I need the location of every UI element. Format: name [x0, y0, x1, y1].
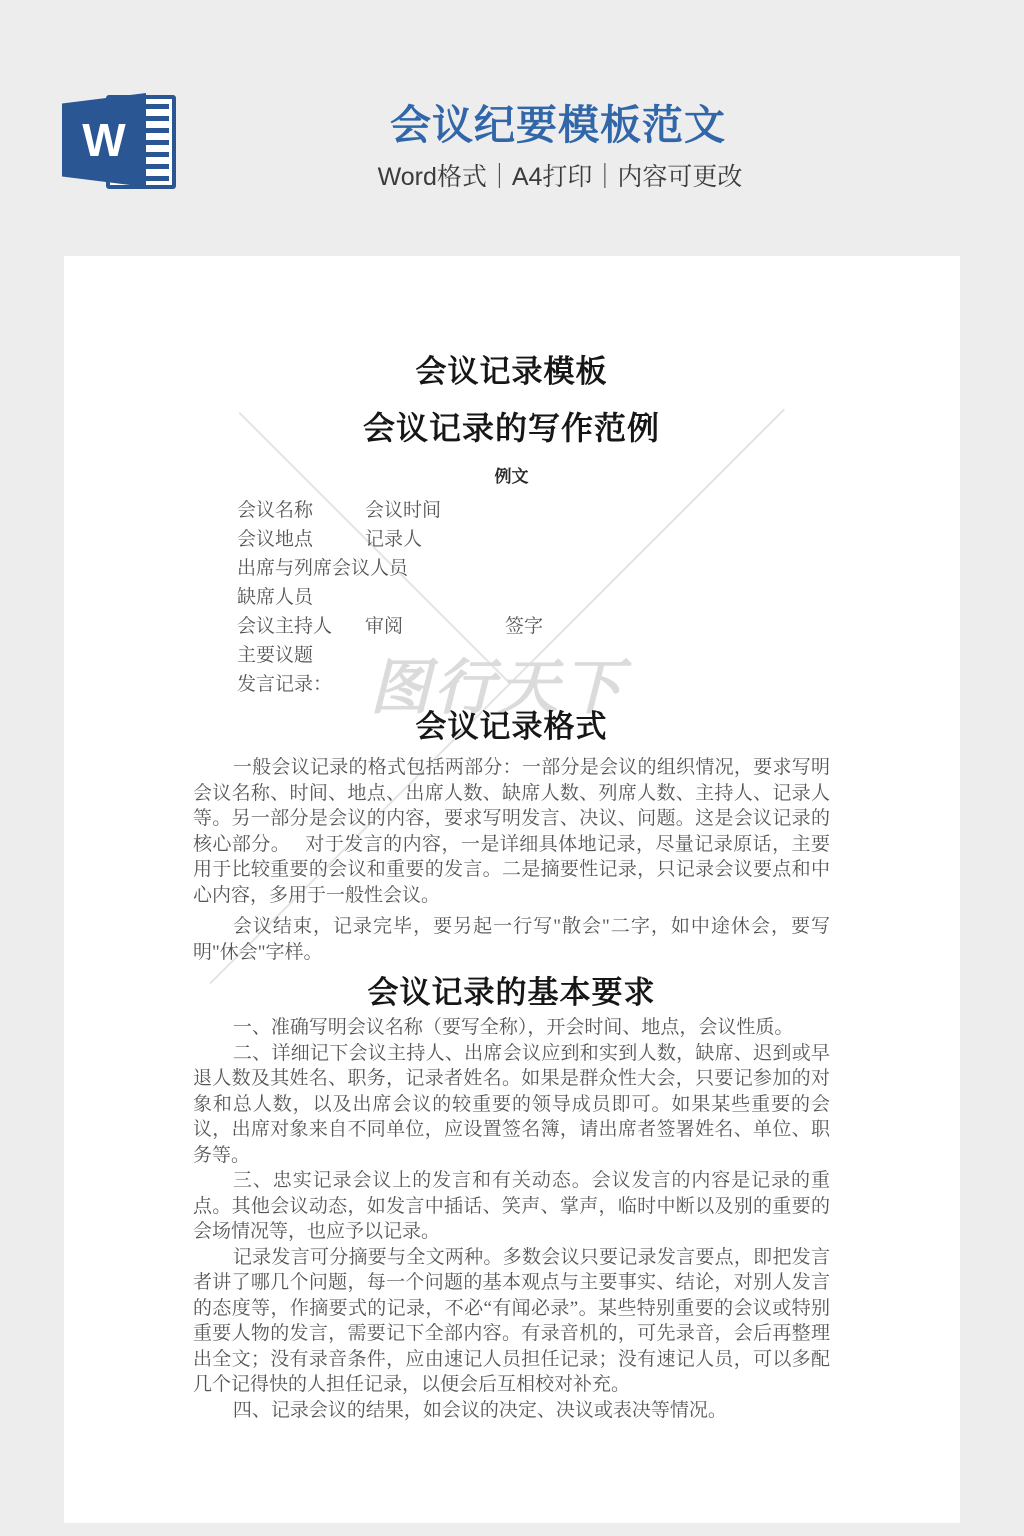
- form-label: 会议主持人: [237, 614, 332, 640]
- document-title: 会议记录模板: [193, 352, 830, 392]
- form-label: 会议地点: [237, 527, 313, 553]
- page-subtitle: Word格式｜A4打印｜内容可更改: [378, 157, 743, 193]
- paragraph: 四、记录会议的结果，如会议的决定、决议或表决等情况。: [193, 1398, 830, 1424]
- form-row: 出席与列席会议人员: [193, 554, 830, 583]
- word-icon-letter: W: [82, 117, 125, 163]
- form-row: 缺席人员: [193, 583, 830, 612]
- app-header: W 会议纪要模板范文 Word格式｜A4打印｜内容可更改: [0, 0, 1024, 256]
- meeting-form: 会议名称 会议时间 会议地点 记录人 出席与列席会议人员 缺席人员 会议主持人: [193, 496, 830, 699]
- paragraph: 记录发言可分摘要与全文两种。多数会议只要记录发言要点，即把发言者讲了哪几个问题，…: [193, 1245, 830, 1398]
- section-heading-format: 会议记录格式: [193, 705, 830, 749]
- paragraph: 二、详细记下会议主持人、出席会议应到和实到人数，缺席、迟到或早退人数及其姓名、职…: [193, 1041, 830, 1169]
- example-caption: 例文: [193, 466, 830, 488]
- word-icon-panel: W: [62, 92, 146, 188]
- form-label: 出席与列席会议人员: [237, 556, 408, 582]
- form-row: 主要议题: [193, 641, 830, 670]
- document-content: 会议记录模板 会议记录的写作范例 例文 会议名称 会议时间 会议地点 记录人 出…: [193, 256, 830, 1423]
- form-row: 会议地点 记录人: [193, 525, 830, 554]
- form-label: 发言记录：: [237, 672, 332, 698]
- paragraph: 一般会议记录的格式包括两部分：一部分是会议的组织情况，要求写明会议名称、时间、地…: [193, 755, 830, 908]
- form-label: 签字: [505, 614, 543, 640]
- form-row: 会议名称 会议时间: [193, 496, 830, 525]
- paragraph: 一、准确写明会议名称（要写全称），开会时间、地点，会议性质。: [193, 1015, 830, 1041]
- form-label: 会议名称: [237, 498, 313, 524]
- form-label: 审阅: [365, 614, 403, 640]
- word-file-icon: W: [62, 92, 178, 188]
- form-label: 记录人: [365, 527, 422, 553]
- section-heading-requirements: 会议记录的基本要求: [193, 971, 830, 1015]
- form-label: 主要议题: [237, 643, 313, 669]
- form-row: 发言记录：: [193, 670, 830, 699]
- form-row: 会议主持人 审阅 签字: [193, 612, 830, 641]
- paragraph: 三、忠实记录会议上的发言和有关动态。会议发言的内容是记录的重点。其他会议动态，如…: [193, 1168, 830, 1245]
- document-subtitle: 会议记录的写作范例: [193, 408, 830, 448]
- form-label: 会议时间: [365, 498, 441, 524]
- document-page: 图行天下 会议记录模板 会议记录的写作范例 例文 会议名称 会议时间 会议地点 …: [64, 256, 960, 1523]
- form-label: 缺席人员: [237, 585, 313, 611]
- page-title: 会议纪要模板范文: [390, 92, 726, 151]
- paragraph: 会议结束，记录完毕，要另起一行写"散会"二字，如中途休会，要写明"休会"字样。: [193, 914, 830, 965]
